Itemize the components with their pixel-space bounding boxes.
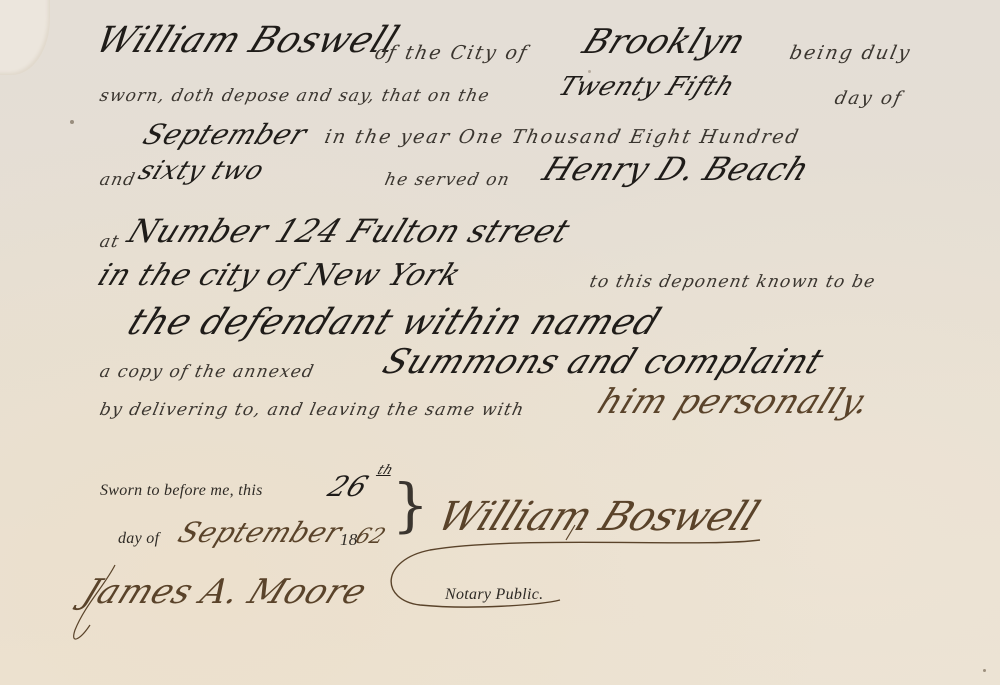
jurat-month: September <box>173 516 347 549</box>
printed-being-duly: being duly <box>788 42 914 64</box>
printed-known-to-be: to this deponent known to be <box>588 272 878 292</box>
jurat-year-written: 62 <box>352 524 389 548</box>
bracket: } <box>392 476 429 534</box>
notary-signature: James A. Moore <box>77 572 373 612</box>
printed-copy-of-annexed: a copy of the annexed <box>98 362 316 382</box>
affidavit-document: William Boswell of the City of Brooklyn … <box>0 0 1000 685</box>
notary-title: Notary Public. <box>445 586 543 604</box>
jurat-sworn-label: Sworn to before me, this <box>100 482 263 500</box>
printed-of-the-city-of: of the City of <box>373 42 531 64</box>
deponent-signature: William Boswell <box>431 494 766 540</box>
service-location: in the city of New York <box>93 258 466 293</box>
printed-sworn-doth-depose: sworn, doth depose and say, that on the <box>98 86 492 106</box>
served-documents: Summons and complaint <box>377 342 830 382</box>
month-written: September <box>138 118 312 151</box>
printed-year-one-thousand: in the year One Thousand Eight Hundred <box>323 126 803 148</box>
service-address: Number 124 Fulton street <box>122 212 576 250</box>
printed-at: at <box>98 232 122 252</box>
jurat-day-of-label: day of <box>118 530 159 548</box>
service-manner: him personally. <box>592 382 877 422</box>
torn-corner <box>0 0 50 75</box>
served-party-name: Henry D. Beach <box>537 150 815 188</box>
ink-spot <box>70 120 74 124</box>
jurat-day: 26 <box>323 470 373 503</box>
deponent-name: William Boswell <box>90 20 405 61</box>
printed-day-of: day of <box>833 88 905 109</box>
printed-and: and <box>98 170 138 190</box>
printed-he-served-on: he served on <box>383 170 512 190</box>
printed-delivering-leaving: by delivering to, and leaving the same w… <box>98 400 527 420</box>
party-role: the defendant within named <box>122 302 667 343</box>
ink-spot <box>983 669 986 672</box>
day-written: Twenty Fifth <box>554 72 739 102</box>
year-written: sixty two <box>134 156 269 186</box>
city-name: Brooklyn <box>577 22 752 62</box>
